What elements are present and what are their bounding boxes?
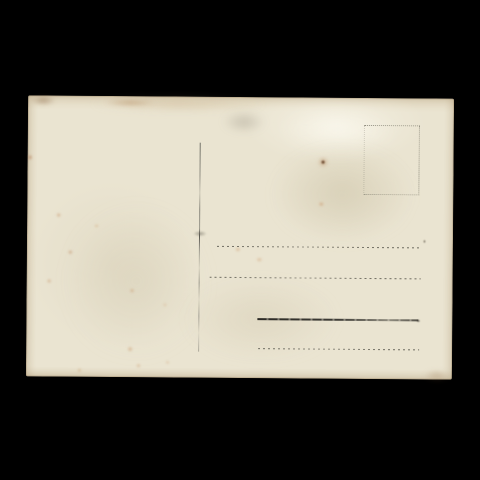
- foxing-spot: [256, 257, 263, 262]
- foxing-spot: [235, 247, 241, 252]
- foxing-halo: [318, 157, 329, 168]
- smudge-top-center: [222, 111, 266, 133]
- wash-left: [66, 206, 207, 357]
- corner-stain-bottom-right: [424, 370, 450, 380]
- foxing-spot: [127, 346, 133, 352]
- streak-top-edge: [104, 99, 156, 106]
- black-background: [0, 0, 480, 480]
- wash-top-band: [88, 96, 268, 113]
- stain-layer: [28, 95, 454, 98]
- foxing-dark-red: [321, 160, 326, 165]
- edge-spot-left: [28, 154, 33, 160]
- divider-line: [198, 143, 201, 352]
- address-line-2: [210, 277, 421, 280]
- corner-stain-top-left: [30, 95, 56, 105]
- foxing-spot: [162, 302, 167, 307]
- postcard: [26, 95, 454, 379]
- address-line-4: [258, 348, 419, 350]
- ink-speck: [423, 239, 426, 243]
- foxing-spot: [136, 363, 141, 368]
- address-line-3-heavy: [257, 318, 418, 321]
- foxing-spot: [56, 213, 61, 218]
- foxing-spot: [165, 360, 170, 364]
- foxing-spot: [130, 288, 135, 293]
- foxing-spot: [77, 368, 82, 373]
- foxing-spot: [94, 224, 99, 228]
- foxing-spot: [47, 278, 52, 283]
- stamp-box: [363, 125, 420, 195]
- foxing-spot: [318, 202, 324, 207]
- address-line-1: [217, 246, 421, 249]
- ink-smudge: [193, 231, 207, 237]
- foxing-spot: [68, 250, 73, 255]
